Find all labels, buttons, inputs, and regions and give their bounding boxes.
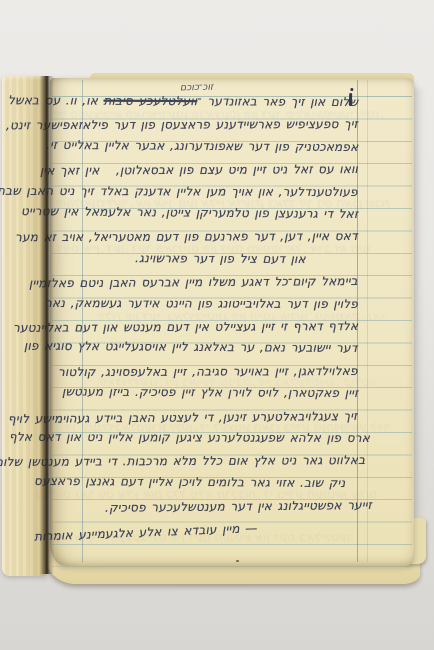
heading-insertion: זוכ־כוכם [180, 82, 214, 94]
bleedthrough-ghost-line: זיך צעגלויבאלטערע זינען, די לעצטע האבן ב… [66, 420, 392, 434]
manuscript-line: דער יישובער נאם, ער באלאנג ליין אויסגעלי… [24, 339, 358, 356]
struck-text: וועלטלעכע סיבות [103, 94, 197, 108]
bleedthrough-ghost-line: זיך ספעציפיש פארשיידענע פראצעסן פון דער … [54, 107, 384, 121]
bleedthrough-ghost-line: דאס איין, דען, דער פארנעם פון דעם מאטערי… [57, 241, 374, 255]
manuscript-line: ביימאל קיום־כל דאגע משלו מיין אברעס האבן… [29, 274, 358, 291]
bleedthrough-ghost-line: פלוין פון דער באלויבייטונג פון היינט איד… [98, 309, 388, 323]
gutter-crease [40, 76, 54, 574]
manuscript-line: באלווט גאר ניט אלץ אום כלל מלא מרכבות. ד… [0, 453, 365, 470]
bleedthrough-ghost-line: אלדף דארף זי זיין געציילט אין דעם מענטש … [35, 530, 354, 544]
manuscript-line: וואו עס זאל ניט זיין מיט עצם פון אבסאלוט… [40, 162, 358, 179]
bleedthrough-ghost-line: פעולטענדלער, און אויך מען אליין אדענק בא… [56, 196, 390, 210]
ink-speck [236, 560, 239, 562]
manuscript-page: זוכ־כוכם שלום און זיך פאר באזונדער ־וועל… [50, 78, 414, 566]
manuscript-photo: זוכ־כוכם שלום און זיך פאר באזונדער ־וועל… [0, 0, 434, 650]
manuscript-line: אפמאכטניק פון דער שאפונדערונג, אבער אליי… [46, 138, 358, 155]
bleedthrough-ghost-line: באלווט גאר ניט אלץ אום כלל מלא מרכבות. ד… [36, 487, 378, 501]
bleedthrough-ghost-line: פאלוילדאגן, זיין באויער סגיבה, זיין באלע… [100, 375, 380, 389]
handwriting-layer: זוכ־כוכם שלום און זיך פאר באזונדער ־וועל… [50, 78, 414, 566]
line-text: או, וו. עס באשל [8, 93, 104, 107]
